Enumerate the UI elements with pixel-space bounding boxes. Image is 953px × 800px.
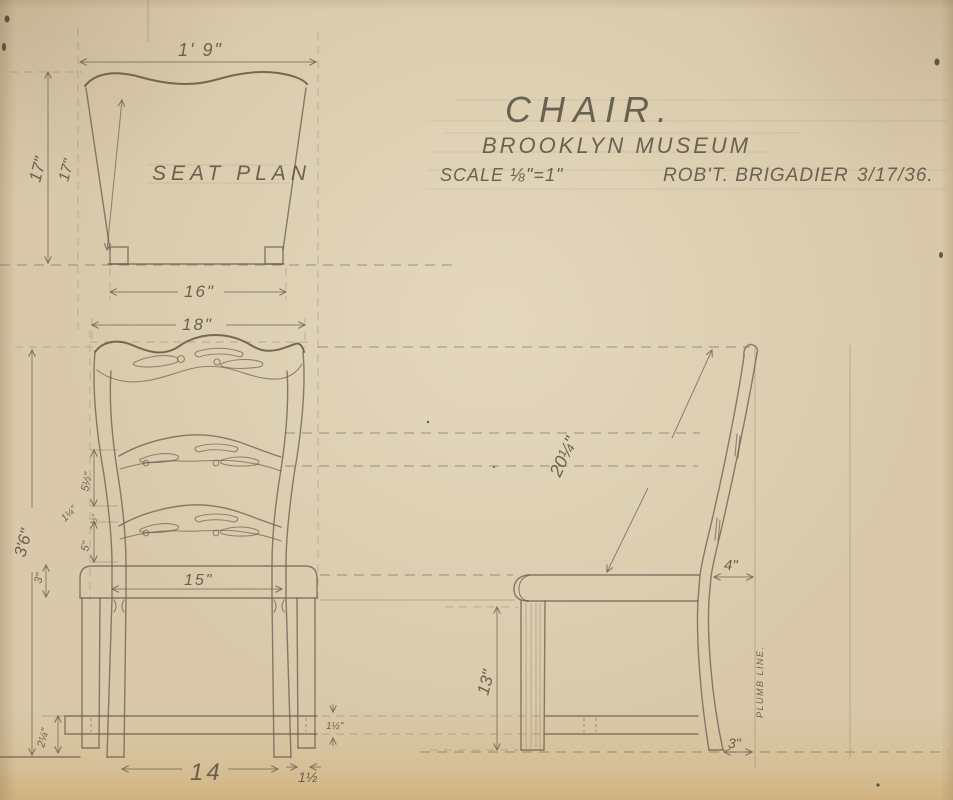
dim-height: 17" <box>26 154 51 184</box>
dim-total-height: 3'6" <box>11 526 37 559</box>
dim-bottom-offset: 3" <box>728 735 742 751</box>
drawing-date: 3/17/36. <box>857 165 934 186</box>
side-elevation-view <box>514 344 758 750</box>
dim-back-length: 20¼" <box>545 432 582 480</box>
seat-plan-label: SEAT PLAN <box>152 162 311 185</box>
author-name: ROB'T. BRIGADIER <box>663 165 849 186</box>
paper-specks <box>2 16 943 787</box>
dim-gap-upper: 5½" <box>79 470 95 492</box>
drawing-title: CHAIR. <box>505 89 675 130</box>
construction-lines <box>0 0 948 768</box>
dim-seat-height: 13" <box>474 667 499 697</box>
dim-stretcher: 2¼" <box>35 726 52 750</box>
dim-foot-width: 1½ <box>298 769 318 785</box>
title-block: CHAIR. BROOKLYN MUSEUM SCALE ⅛"=1" ROB'T… <box>440 89 934 186</box>
back-slat <box>119 435 281 471</box>
drawing-sheet: 1' 9" 17" 17" 16" 18" SEAT PLAN <box>0 0 953 800</box>
dim-seat-width: 15" <box>184 572 213 589</box>
dim-seat-back: 16" <box>184 282 215 301</box>
dim-feet-span: 14 <box>190 759 223 786</box>
dim-crest-width: 18" <box>182 315 213 334</box>
museum-name: BROOKLYN MUSEUM <box>482 133 751 158</box>
dim-note: 1¼" <box>59 503 80 524</box>
dim-rail-height: 3" <box>32 571 46 585</box>
dim-gap-lower: 5" <box>79 539 93 552</box>
dim-top-depth: 4" <box>724 557 738 574</box>
dim-stretcher-side: 1½" <box>326 721 344 732</box>
scale-note: SCALE ⅛"=1" <box>440 165 564 185</box>
rear-elevation-view <box>65 335 317 757</box>
dim-top-width: 1' 9" <box>178 40 223 60</box>
plumb-line-label: PLUMB LINE. <box>755 645 765 718</box>
rear-elevation-dimensions: 3'6" 3" 5½" 1¼" ½" 5" 15" 14 1½ 2¼" 1½" <box>11 350 344 786</box>
chair-drawing-svg: 1' 9" 17" 17" 16" 18" SEAT PLAN <box>0 0 953 800</box>
dim-slant: 17" <box>55 157 77 183</box>
side-elevation-dimensions: 20¼" 4" 13" 3" PLUMB LINE. <box>474 350 765 752</box>
seat-plan-dimensions: 1' 9" 17" 17" 16" 18" SEAT PLAN <box>26 40 316 334</box>
